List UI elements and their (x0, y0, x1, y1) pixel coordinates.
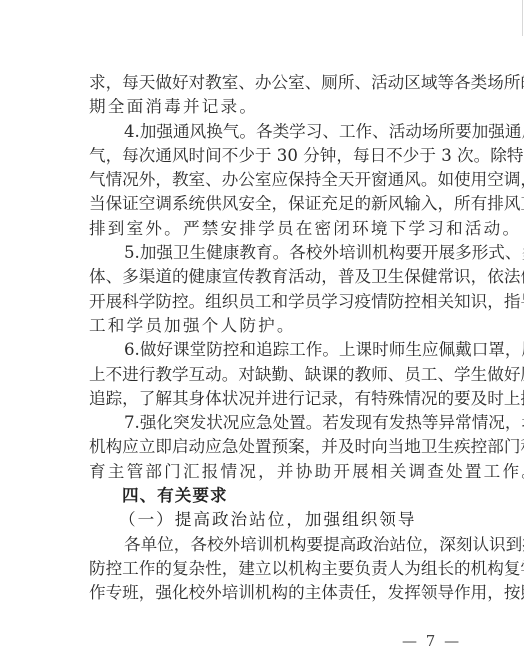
page-number: — 7 — (402, 632, 461, 650)
paragraph-line: 追踪，了解其身体状况并进行记录，有特殊情况的要及时上报。 (89, 387, 463, 411)
scan-edge-line (522, 0, 523, 36)
paragraph-line: 期全面消毒并记录。 (89, 95, 463, 119)
paragraph-line: 气情况外，教室、办公室应保持全天开窗通风。如使用空调，应 (89, 168, 463, 192)
item-6-line: 6.做好课堂防控和追踪工作。上课时师生应佩戴口罩，原则 (89, 338, 463, 362)
section-heading: 四、有关要求 (89, 484, 463, 508)
item-5-line: 5.加强卫生健康教育。各校外培训机构要开展多形式、多载 (89, 241, 463, 265)
paragraph-line: 机构应立即启动应急处置预案，并及时向当地卫生疾控部门和教 (89, 435, 463, 459)
paragraph-line: 工和学员加强个人防护。 (89, 314, 463, 338)
subsection-heading: （一）提高政治站位，加强组织领导 (89, 508, 463, 532)
paragraph-line: 气，每次通风时间不少于 30 分钟，每日不少于 3 次。除特殊天 (89, 144, 463, 168)
paragraph-line: 体、多渠道的健康宣传教育活动，普及卫生保健常识，依法依规 (89, 265, 463, 289)
paragraph-line: 育主管部门汇报情况，并协助开展相关调查处置工作。 (89, 460, 463, 484)
paragraph-first-line: 各单位，各校外培训机构要提高政治站位，深刻认识到疫情 (89, 533, 463, 557)
paragraph-line: 作专班，强化校外培训机构的主体责任，发挥领导作用，按照要 (89, 581, 463, 605)
paragraph-line: 上不进行教学互动。对缺勤、缺课的教师、员工、学生做好原因 (89, 363, 463, 387)
document-page-body: 求，每天做好对教室、办公室、厕所、活动区域等各类场所的定 期全面消毒并记录。 4… (89, 71, 463, 606)
paragraph-line: 排到室外。严禁安排学员在密闭环境下学习和活动。 (89, 217, 463, 241)
paragraph-line: 防控工作的复杂性，建立以机构主要负责人为组长的机构复学工 (89, 557, 463, 581)
paragraph-line: 开展科学防控。组织员工和学员学习疫情防控相关知识，指导员 (89, 290, 463, 314)
item-4-line: 4.加强通风换气。各类学习、工作、活动场所要加强通风换 (89, 120, 463, 144)
item-7-line: 7.强化突发状况应急处置。若发现有发热等异常情况，培训 (89, 411, 463, 435)
paragraph-line: 当保证空调系统供风安全，保证充足的新风输入，所有排风直接 (89, 192, 463, 216)
paragraph-line: 求，每天做好对教室、办公室、厕所、活动区域等各类场所的定 (89, 71, 463, 95)
